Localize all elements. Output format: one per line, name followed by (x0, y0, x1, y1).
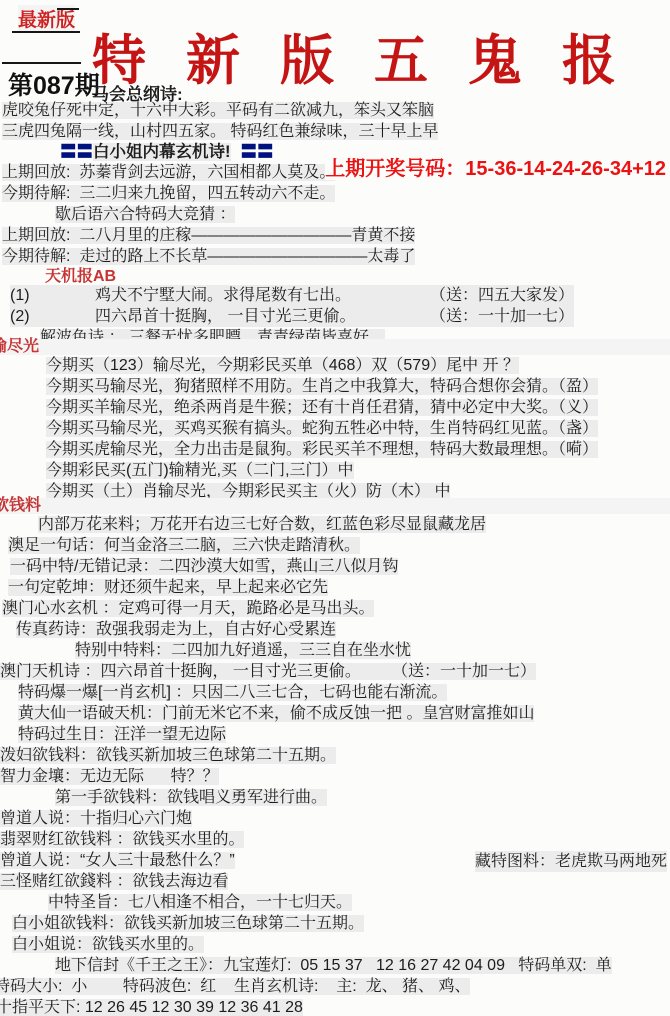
box-rule-mid (12, 31, 80, 33)
shu-row: 今期彩民买(五门)输精光,买（二门,三门）中 (46, 460, 670, 481)
shu-row: 今期买羊输尽光，绝杀两肖是牛猴；还有十肖任君猜，猜中必定中大奖。（义） (46, 397, 670, 418)
last-draw-numbers: 上期开奖号码：15-36-14-24-26-34+12 (325, 159, 666, 180)
yu-row: 内部万花来料；万花开右边三七好合数，红蓝色彩尽显鼠藏龙居 (38, 514, 670, 535)
yu-row: 特码爆一爆[一肖玄机] ：只因二八三七合，七码也能右渐流。 (18, 682, 670, 703)
footer-row: 白小姐说：欲钱买水里的。 (12, 934, 670, 955)
yuqianliao-section-header: 欲钱料 (0, 498, 670, 514)
riddle-row: 上期回放: 二八月里的庄稼——————————青黄不接 (2, 225, 670, 246)
masthead: 最新版 特新版五鬼报 第087期 马会总纲诗: (0, 0, 670, 100)
double-bar-icon: 〓〓 (60, 143, 93, 161)
yu-row: 特别中特料：二四加九好逍遥，三三自在坐水忧 (75, 640, 670, 661)
box-rule-bottom (2, 62, 81, 64)
xuanji-row: 今期待解: 三二归来九挽留，四五转动六不走。 (2, 183, 670, 204)
tianji-section-header: 天机报AB (45, 269, 670, 285)
yu-row: 三怪赌红欲錢料 ：欲钱去海边看 (0, 871, 670, 892)
shu-row: 今期买马输尽光，买鸡买猴有搞头。蛇狗五牲必中特，生肖特码红见蓝。（盏） (46, 418, 670, 439)
footer-row: 白小姐欲钱料：欲钱买新加坡三色球第二十五期。 (12, 913, 670, 934)
hidden-tip-note: 藏特图料：老虎欺马两地死 (475, 851, 667, 872)
footer-row: 地下信封《千王之王》：九宝莲灯: 05 15 37 12 16 27 42 04… (55, 955, 670, 976)
masthead-poem-line: 三虎四兔隔一线，山村四五家。 特码红色兼绿味，三十早上早 (2, 121, 670, 142)
footer-row: 中特圣旨：七八相逢不相合，一十七归天。 (48, 892, 670, 913)
yu-row: 智力金壤：无边无际 特？？ (0, 766, 670, 787)
tianji-row: (2)四六昂首十挺胸， 一目寸光三更偷。（送：一十加一七） (0, 306, 670, 327)
yu-row: 泼妇欲钱料：欲钱买新加坡三色球第二十五期。 (0, 745, 670, 766)
yu-row: 传真药诗：敌强我弱走为上，自古好心受累连 (16, 619, 670, 640)
yu-row: 曾道人说：“女人三十最愁什么？”藏特图料：老虎欺马两地死 (0, 850, 670, 871)
shujinguang-section-header: 输尽光 (0, 339, 670, 355)
masthead-poem-line: 虎咬兔仔死中定，十六中大彩。平码有二欲减九，笨头又笨脑 (2, 100, 670, 121)
tianji-row: (1)鸡犬不宁墅大闹。求得尾数有七出。（送：四五大家发） (0, 285, 670, 306)
yu-row: 澳门天机诗 ：四六昂首十挺胸， 一目寸光三更偷。 （送：一十加一七） (0, 661, 670, 682)
double-bar-icon: 〓〓 (241, 143, 274, 161)
shu-row: 今期买马输尽光，狗猪照样不用防。生肖之中我算大，特码合想你会猜。（盈） (46, 376, 670, 397)
box-rule-top (57, 8, 79, 10)
yu-row: 澳门心水玄机 ：定鸡可得一月天，跪路必是马出头。 (2, 598, 670, 619)
yu-row: 特码过生日：汪洋一望无边际 (18, 724, 670, 745)
footer-row: 十指平天下: 12 26 45 12 30 39 12 36 41 28 (0, 997, 670, 1016)
yu-row: 澳足一句话：何当金洛三二脑，三六快走踏清秋。 (8, 535, 670, 556)
xuanji-title: 白小姐内幕玄机诗! (93, 143, 231, 161)
yu-row: 曾道人说：十指归心六门炮 (0, 808, 670, 829)
issue-number: 第087期 (8, 66, 100, 102)
footer-row: 特码大小: 小 特码波色: 红 生肖玄机诗: 主: 龙、 猪、 鸡、 (0, 976, 670, 997)
yu-row: 翡翠财红欲钱料 ：欲钱买水里的。 (0, 829, 670, 850)
yu-row: 黄大仙一语破天机：门前无米它不来，偷不成反蚀一把 。皇宫财富推如山 (18, 703, 670, 724)
yu-row: 一码中特/无错记录：二四沙漠大如雪，燕山三八似月钩 (10, 556, 670, 577)
riddle-row: 今期待解: 走过的路上不长草——————————太毒了 (2, 246, 670, 267)
yu-row: 第一手欲钱料：欲钱唱义勇军进行曲。 (55, 787, 670, 808)
shu-row: 今期买虎输尽光，全力出击是鼠狗。彩民买羊不理想，特码大数最理想。（嗬） (46, 439, 670, 460)
shu-row: 今期买（123）输尽光，今期彩民买单（468）双（579）尾中 开 ？ (46, 355, 670, 376)
yu-row: 一句定乾坤：财还须牛起来，早上起来必它先 (8, 577, 670, 598)
scanned-lottery-sheet: { "masthead": { "badge": "最新版", "title":… (0, 0, 670, 1016)
xuanji-row: 上期回放: 苏蓁背剑去远游，六国相都人莫及。上期开奖号码：15-36-14-24… (2, 162, 670, 183)
riddle-title: 歇后语六合特码大竞猜 ： (55, 204, 670, 225)
